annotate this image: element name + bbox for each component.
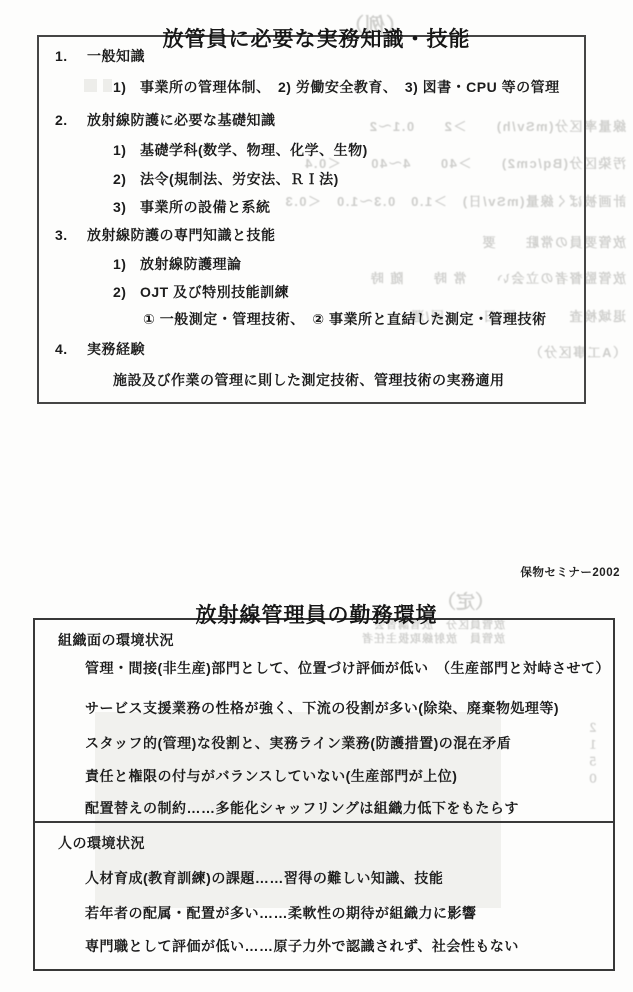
- outline-subitem: 3)事業所の設備と系統: [113, 199, 271, 215]
- item-number: 2.: [55, 112, 87, 128]
- bullet-line: 人材育成(教育訓練)の課題……習得の難しい知識、技能: [85, 870, 443, 886]
- bullet-line: 配置替えの制約……多能化シャッフリングは組織力低下をもたらす: [85, 800, 519, 816]
- bullet-line: スタッフ的(管理)な役割と、実務ライン業務(防護措置)の混在矛盾: [85, 735, 511, 751]
- item-text: OJT 及び特別技能訓練: [140, 284, 289, 300]
- item-text: 施設及び作業の管理に則した測定技術、管理技術の実務適用: [113, 372, 505, 388]
- slide1-title: 放管員に必要な実務知識・技能: [0, 23, 633, 53]
- section-divider: [35, 821, 613, 823]
- item-number: 1): [113, 256, 140, 272]
- slide2-title: 放射線管理員の勤務環境: [0, 599, 633, 629]
- item-text: 事業所の管理体制、 2) 労働安全教育、 3) 図書・CPU 等の管理: [140, 79, 560, 95]
- outline-subsubitem: ① 一般測定・管理技術、 ② 事業所と直結した測定・管理技術: [143, 311, 547, 327]
- item-text: ① 一般測定・管理技術、 ② 事業所と直結した測定・管理技術: [143, 311, 547, 327]
- bullet-line: 若年者の配属・配置が多い……柔軟性の期待が組織力に影響: [85, 905, 477, 921]
- seminar-credit: 保物セミナー2002: [520, 564, 620, 580]
- bullet-line: 専門職として評価が低い……原子力外で認識されず、社会性もない: [85, 938, 519, 954]
- outline-item: 2.放射線防護に必要な基礎知識: [55, 112, 276, 128]
- outline-subitem: 2)OJT 及び特別技能訓練: [113, 284, 289, 300]
- item-text: 放射線防護に必要な基礎知識: [87, 112, 276, 128]
- slide2-content-box: 組織面の環境状況 管理・間接(非生産)部門として、位置づけ評価が低い （生産部門…: [33, 618, 615, 971]
- bullet-line: 責任と権限の付与がバランスしていない(生産部門が上位): [85, 768, 457, 784]
- outline-item: 4.実務経験: [55, 341, 145, 357]
- outline-subitem: 1)基礎学科(数学、物理、化学、生物): [113, 142, 368, 158]
- item-number: 1): [113, 79, 140, 95]
- outline-note: 施設及び作業の管理に則した測定技術、管理技術の実務適用: [113, 372, 505, 388]
- section-heading-organization: 組織面の環境状況: [58, 632, 174, 648]
- section-heading-people: 人の環境状況: [58, 835, 145, 851]
- item-number: 2): [113, 284, 140, 300]
- item-text: 放射線防護理論: [140, 256, 242, 272]
- scanned-document-page: （例） 放管員に必要な実務知識・技能 線量率区分(mSv/h) ＞2 0.1〜2…: [0, 0, 633, 992]
- bullet-line: サービス支援業務の性格が強く、下流の役割が多い(除染、廃棄物処理等): [85, 700, 559, 716]
- item-number: 3.: [55, 227, 87, 243]
- slide1-outline-box: 1.一般知識 1)事業所の管理体制、 2) 労働安全教育、 3) 図書・CPU …: [37, 35, 586, 404]
- item-number: 1): [113, 142, 140, 158]
- item-text: 実務経験: [87, 341, 145, 357]
- outline-item: 3.放射線防護の専門知識と技能: [55, 227, 276, 243]
- bullet-line: 管理・間接(非生産)部門として、位置づけ評価が低い （生産部門と対峙させて）: [85, 660, 610, 676]
- outline-subitem: 1)放射線防護理論: [113, 256, 242, 272]
- item-text: 事業所の設備と系統: [140, 199, 271, 215]
- item-number: 4.: [55, 341, 87, 357]
- item-number: 2): [113, 171, 140, 187]
- item-text: 法令(規制法、労安法、ＲＩ法): [140, 171, 339, 187]
- outline-subitem: 1)事業所の管理体制、 2) 労働安全教育、 3) 図書・CPU 等の管理: [113, 79, 560, 95]
- item-number: 3): [113, 199, 140, 215]
- item-text: 基礎学科(数学、物理、化学、生物): [140, 142, 368, 158]
- item-text: 放射線防護の専門知識と技能: [87, 227, 276, 243]
- outline-subitem: 2)法令(規制法、労安法、ＲＩ法): [113, 171, 339, 187]
